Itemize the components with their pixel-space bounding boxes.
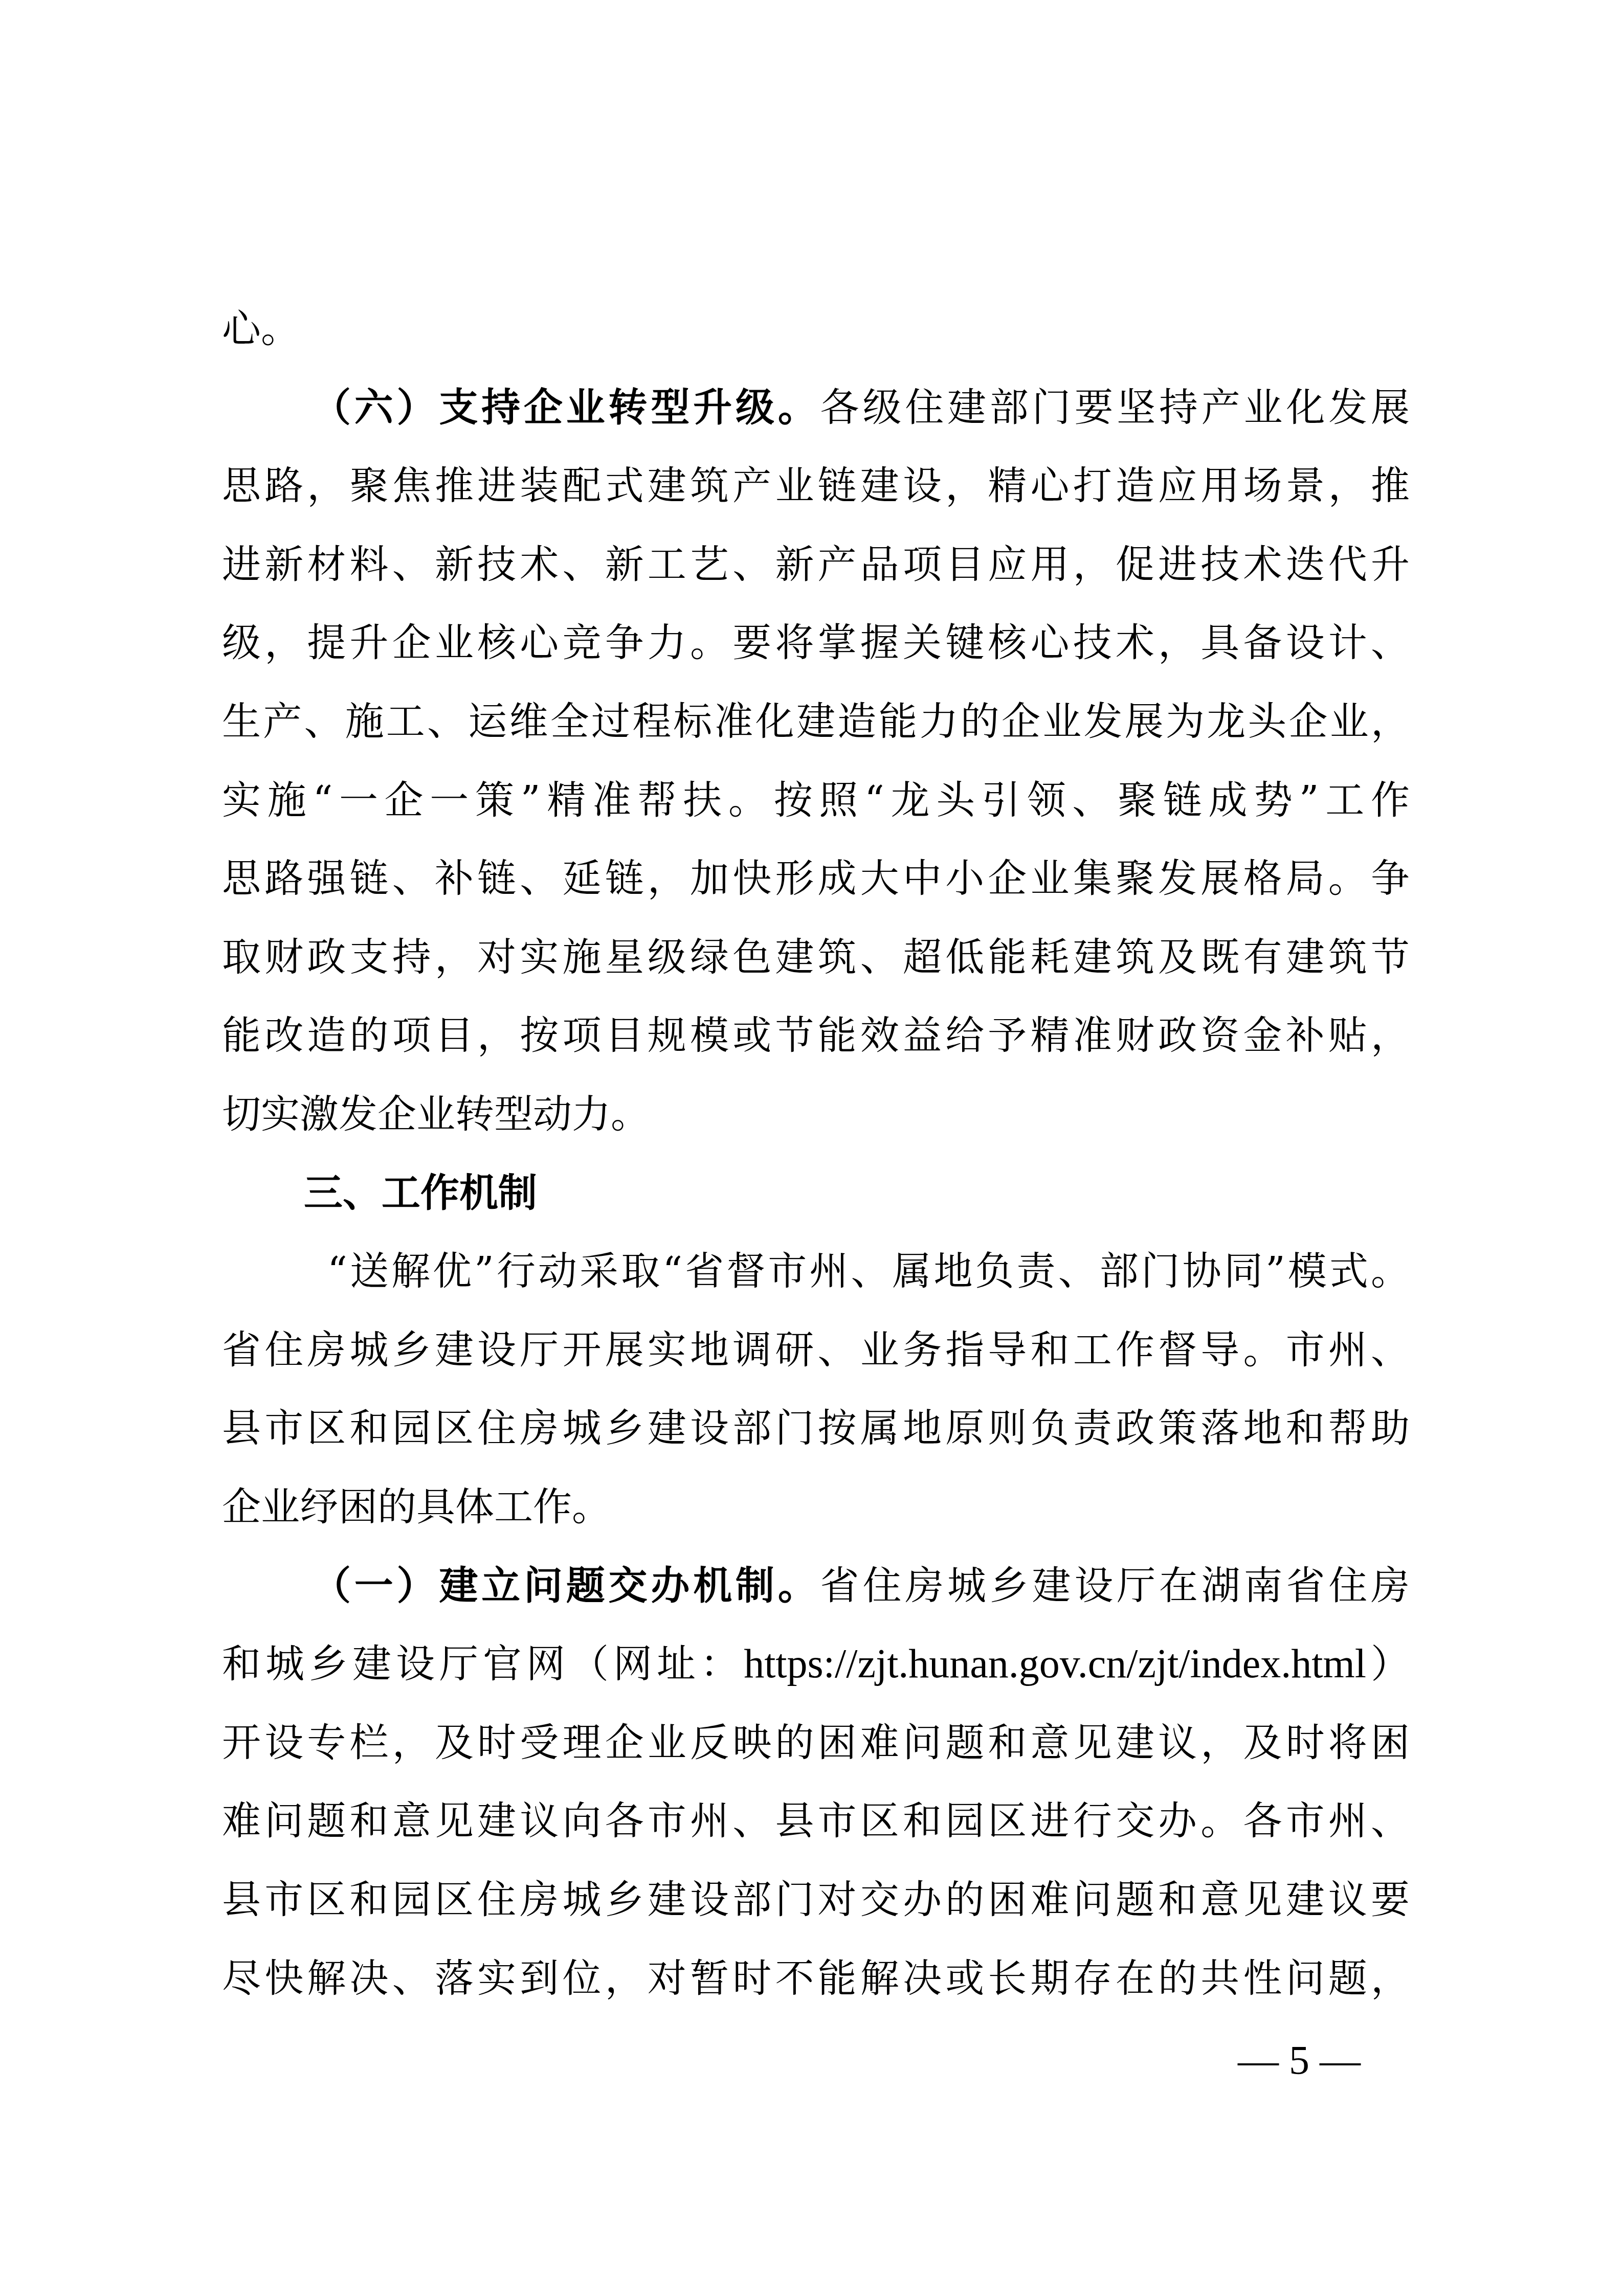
paragraph-line: 省住房城乡建设厅开展实地调研、业务指导和工作督导。市州、 (222, 1324, 1410, 1376)
line-text: “送解优”行动采取“省督市州、属地负责、部门协同”模式。 (327, 1248, 1410, 1294)
line-text: 生产、施工、运维全过程标准化建造能力的企业发展为龙头企业， (222, 699, 1410, 744)
paragraph-line: （一）建立问题交办机制。省住房城乡建设厅在湖南省住房 (312, 1560, 1410, 1611)
line-text: 能改造的项目，按项目规模或节能效益给予精准财政资金补贴， (222, 1012, 1410, 1058)
page-number: — 5 — (1217, 2038, 1381, 2084)
paragraph-line: 企业纾困的具体工作。 (222, 1481, 1410, 1533)
line-text: 县市区和园区住房城乡建设部门对交办的困难问题和意见建议要 (222, 1877, 1410, 1922)
section-subheading-six: （六）支持企业转型升级。 (312, 385, 820, 430)
line-text: 思路，聚焦推进装配式建筑产业链建设，精心打造应用场景，推 (222, 463, 1410, 508)
line-text: 级，提升企业核心竞争力。要将掌握关键核心技术，具备设计、 (222, 620, 1410, 665)
line-text: 实施“一企一策”精准帮扶。按照“龙头引领、聚链成势”工作 (222, 777, 1410, 823)
line-text: 和城乡建设厅官网（网址： (222, 1641, 744, 1686)
paragraph-line: 生产、施工、运维全过程标准化建造能力的企业发展为龙头企业， (222, 696, 1410, 747)
paragraph-line: 难问题和意见建议向各市州、县市区和园区进行交办。各市州、 (222, 1795, 1410, 1847)
paragraph-line: 能改造的项目，按项目规模或节能效益给予精准财政资金补贴， (222, 1010, 1410, 1061)
paragraph-line: 县市区和园区住房城乡建设部门对交办的困难问题和意见建议要 (222, 1874, 1410, 1925)
paragraph-line: （六）支持企业转型升级。各级住建部门要坚持产业化发展 (312, 382, 1410, 433)
line-text: 企业纾困的具体工作。 (222, 1484, 611, 1529)
paragraph-line: “送解优”行动采取“省督市州、属地负责、部门协同”模式。 (327, 1246, 1410, 1297)
paragraph-line: 切实激发企业转型动力。 (222, 1089, 1410, 1140)
paragraph-line: 和城乡建设厅官网（网址：https://zjt.hunan.gov.cn/zjt… (222, 1638, 1410, 1690)
paragraph-line: 级，提升企业核心竞争力。要将掌握关键核心技术，具备设计、 (222, 617, 1410, 668)
line-text: 取财政支持，对实施星级绿色建筑、超低能耗建筑及既有建筑节 (222, 934, 1410, 980)
paragraph-line: 心。 (222, 303, 1410, 354)
line-text: 难问题和意见建议向各市州、县市区和园区进行交办。各市州、 (222, 1798, 1410, 1843)
paragraph-line: 取财政支持，对实施星级绿色建筑、超低能耗建筑及既有建筑节 (222, 932, 1410, 983)
line-text: 思路强链、补链、延链，加快形成大中小企业集聚发展格局。争 (222, 856, 1410, 901)
paragraph-line: 思路强链、补链、延链，加快形成大中小企业集聚发展格局。争 (222, 853, 1410, 904)
paragraph-line: 进新材料、新技术、新工艺、新产品项目应用，促进技术迭代升 (222, 539, 1410, 590)
paragraph-line: 实施“一企一策”精准帮扶。按照“龙头引领、聚链成势”工作 (222, 775, 1410, 826)
line-text: 县市区和园区住房城乡建设部门按属地原则负责政策落地和帮助 (222, 1405, 1410, 1451)
paragraph-line: 尽快解决、落实到位，对暂时不能解决或长期存在的共性问题， (222, 1953, 1410, 2004)
line-text: 开设专栏，及时受理企业反映的困难问题和意见建议，及时将困 (222, 1720, 1410, 1765)
website-url-link[interactable]: https://zjt.hunan.gov.cn/zjt/index.html (744, 1641, 1366, 1686)
line-text: 进新材料、新技术、新工艺、新产品项目应用，促进技术迭代升 (222, 542, 1410, 587)
line-text: ） (1366, 1641, 1410, 1686)
line-text: 尽快解决、落实到位，对暂时不能解决或长期存在的共性问题， (222, 1955, 1410, 2001)
line-text: 心。 (222, 306, 300, 351)
section-heading-work-mechanism: 三、工作机制 (304, 1167, 537, 1219)
line-text: 切实激发企业转型动力。 (222, 1091, 650, 1137)
paragraph-line: 思路，聚焦推进装配式建筑产业链建设，精心打造应用场景，推 (222, 460, 1410, 511)
line-text: 各级住建部门要坚持产业化发展 (820, 385, 1410, 430)
document-page: 心。 （六）支持企业转型升级。各级住建部门要坚持产业化发展 思路，聚焦推进装配式… (0, 0, 1624, 2296)
paragraph-line: 开设专栏，及时受理企业反映的困难问题和意见建议，及时将困 (222, 1717, 1410, 1768)
section-subheading-one: （一）建立问题交办机制。 (312, 1563, 820, 1608)
line-text: 省住房城乡建设厅开展实地调研、业务指导和工作督导。市州、 (222, 1327, 1410, 1372)
paragraph-line: 县市区和园区住房城乡建设部门按属地原则负责政策落地和帮助 (222, 1403, 1410, 1454)
heading-text: 三、工作机制 (304, 1170, 537, 1215)
line-text: 省住房城乡建设厅在湖南省住房 (820, 1563, 1410, 1608)
